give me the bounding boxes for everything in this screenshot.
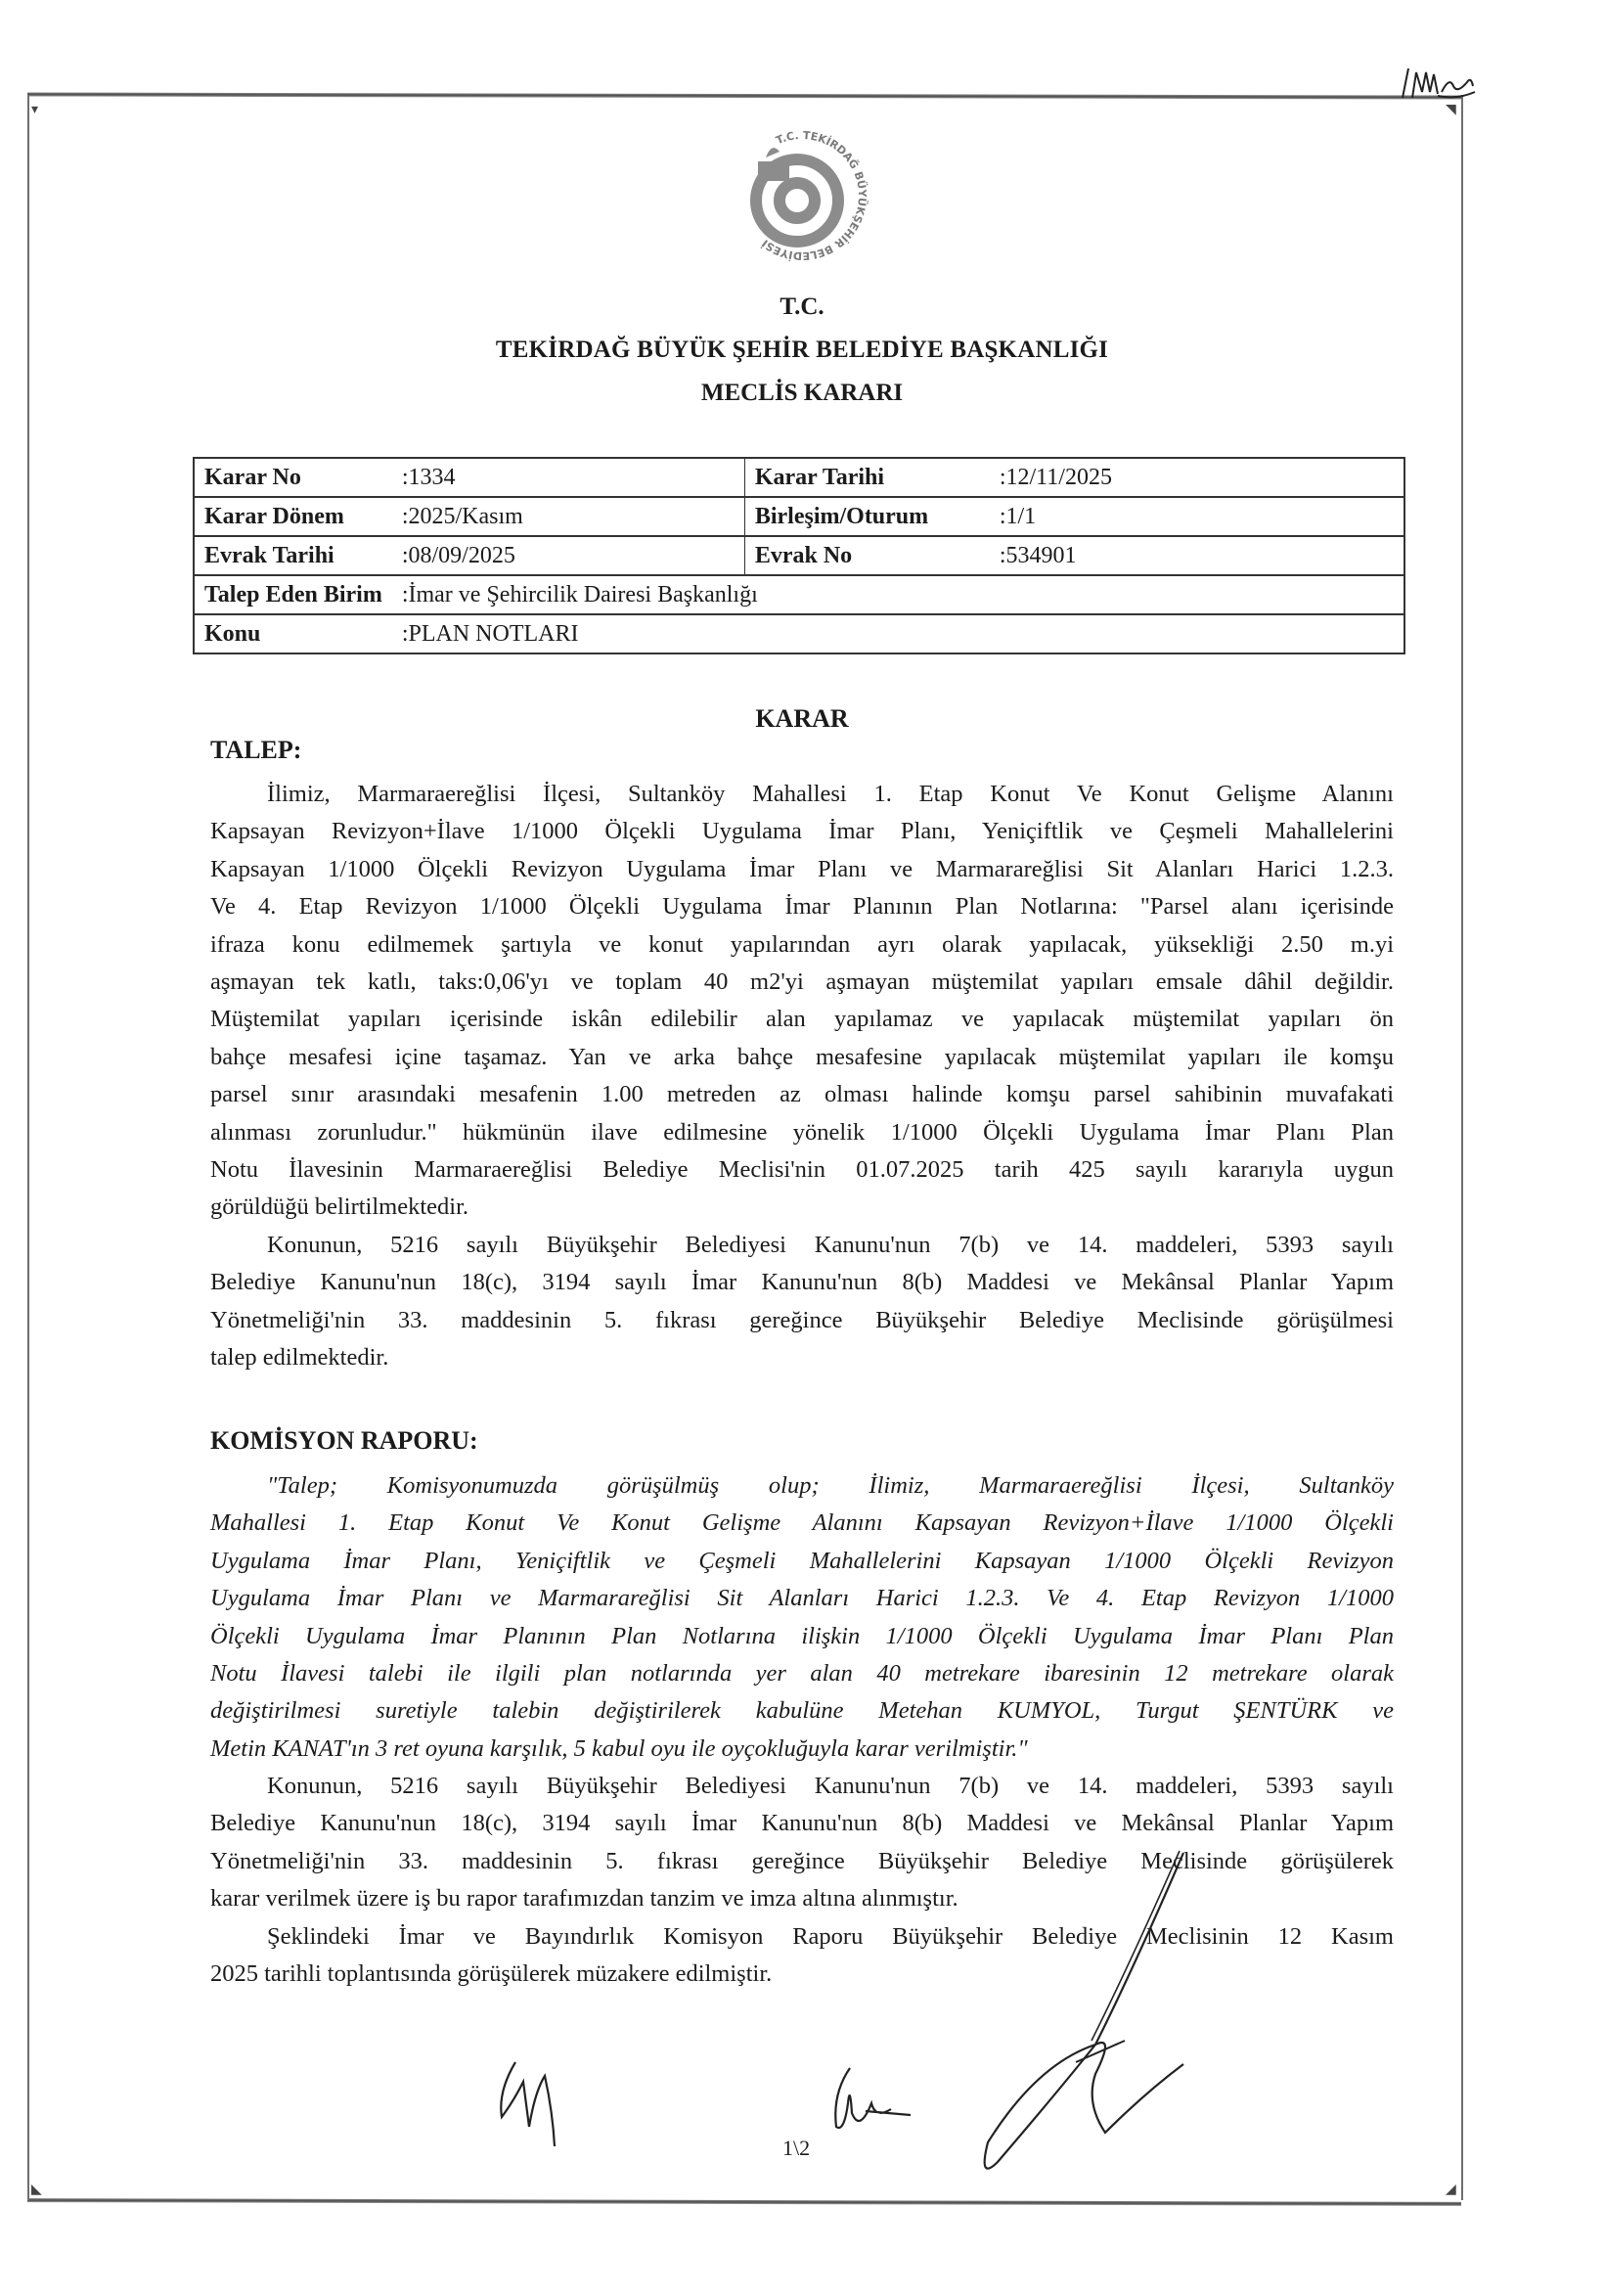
text-line: talep edilmektedir. [210,1339,1394,1376]
text-line: İlimiz, Marmaraereğlisi İlçesi, Sultankö… [210,776,1394,813]
corner-mark-bottom-right: ◢ [1446,2182,1456,2197]
komisyon-paragraph-3: Şeklindeki İmar ve Bayındırlık Komisyon … [210,1918,1394,1994]
karar-donem-label: Karar Dönem [194,497,392,536]
talep-eden-birim-value: :İmar ve Şehircilik Dairesi Başkanlığı [392,575,1404,614]
talep-paragraph-1: İlimiz, Marmaraereğlisi İlçesi, Sultankö… [210,776,1394,1227]
text-line: bahçe mesafesi içine taşamaz. Yan ve ark… [210,1039,1394,1076]
text-line: Uygulama İmar Planı, Yeniçiftlik ve Çeşm… [210,1543,1394,1580]
text-line: Belediye Kanunu'nun 18(c), 3194 sayılı İ… [210,1264,1394,1301]
text-line: Belediye Kanunu'nun 18(c), 3194 sayılı İ… [210,1805,1394,1842]
evrak-tarihi-label: Evrak Tarihi [194,536,392,575]
page-number: 1\2 [782,2136,810,2161]
text-line: Kapsayan Revizyon+İlave 1/1000 Ölçekli U… [210,813,1394,850]
text-line: Müştemilat yapıları içerisinde iskân edi… [210,1001,1394,1038]
signature-2 [826,2064,914,2142]
signature-3 [949,1849,1213,2182]
table-row: Karar Dönem :2025/Kasım Birleşim/Oturum … [194,497,1404,536]
komisyon-paragraph-2: Konunun, 5216 sayılı Büyükşehir Belediye… [210,1768,1394,1918]
evrak-tarihi-value: :08/09/2025 [392,536,745,575]
text-line: görüldüğü belirtilmektedir. [210,1189,1394,1226]
text-line: Ve 4. Etap Revizyon 1/1000 Ölçekli Uygul… [210,888,1394,925]
text-line: Metin KANAT'ın 3 ret oyuna karşılık, 5 k… [210,1731,1394,1768]
text-line: Notu İlavesi talebi ile ilgili plan notl… [210,1655,1394,1692]
karar-no-label: Karar No [194,458,392,497]
komisyon-raporu-heading: KOMİSYON RAPORU: [210,1426,478,1456]
talep-eden-birim-label: Talep Eden Birim [194,575,392,614]
handwritten-initials [1399,63,1477,102]
karar-tarihi-label: Karar Tarihi [744,458,990,497]
text-line: ifraza konu edilmemek şartıyla ve konut … [210,926,1394,964]
text-line: değiştirilmesi suretiyle talebin değişti… [210,1692,1394,1730]
corner-mark-top-right: ◥ [1446,102,1456,117]
municipality-seal-icon: T.C. TEKİRDAĞ BÜYÜKŞEHİR BELEDİYESİ [729,122,875,269]
konu-value: :PLAN NOTLARI [392,614,1404,653]
text-line: Şeklindeki İmar ve Bayındırlık Komisyon … [210,1918,1394,1956]
karar-heading: KARAR [0,704,1604,734]
text-line: Konunun, 5216 sayılı Büyükşehir Belediye… [210,1227,1394,1264]
text-line: Konunun, 5216 sayılı Büyükşehir Belediye… [210,1768,1394,1805]
text-line: Ölçekli Uygulama İmar Planının Plan Notl… [210,1618,1394,1655]
signature-1 [494,2052,582,2150]
table-row: Talep Eden Birim :İmar ve Şehircilik Dai… [194,575,1404,614]
karar-no-value: :1334 [392,458,745,497]
evrak-no-label: Evrak No [744,536,990,575]
decision-metadata-table: Karar No :1334 Karar Tarihi :12/11/2025 … [193,457,1405,654]
text-line: Kapsayan 1/1000 Ölçekli Revizyon Uygulam… [210,851,1394,888]
text-line: karar verilmek üzere iş bu rapor tarafım… [210,1880,1394,1917]
text-line: "Talep; Komisyonumuzda görüşülmüş olup; … [210,1467,1394,1505]
komisyon-paragraph-1: "Talep; Komisyonumuzda görüşülmüş olup; … [210,1467,1394,1768]
talep-paragraph-2: Konunun, 5216 sayılı Büyükşehir Belediye… [210,1227,1394,1377]
text-line: Yönetmeliği'nin 33. maddesinin 5. fıkras… [210,1843,1394,1880]
talep-heading: TALEP: [210,736,301,765]
text-line: parsel sınır arasındaki mesafenin 1.00 m… [210,1076,1394,1113]
evrak-no-value: :534901 [990,536,1404,575]
corner-mark-top-left: ▾ [31,102,38,117]
corner-mark-bottom-left: ◣ [31,2182,42,2197]
header-document-type: MECLİS KARARI [0,380,1604,407]
karar-donem-value: :2025/Kasım [392,497,745,536]
text-line: Mahallesi 1. Etap Konut Ve Konut Gelişme… [210,1505,1394,1542]
text-line: Yönetmeliği'nin 33. maddesinin 5. fıkras… [210,1302,1394,1339]
text-line: 2025 tarihli toplantısında görüşülerek m… [210,1956,1394,1993]
header-organization: TEKİRDAĞ BÜYÜK ŞEHİR BELEDİYE BAŞKANLIĞI [0,337,1604,364]
text-line: alınması zorunludur." hükmünün ilave edi… [210,1114,1394,1151]
text-line: aşmayan tek katlı, taks:0,06'yı ve topla… [210,964,1394,1001]
text-line: Notu İlavesinin Marmaraereğlisi Belediye… [210,1151,1394,1189]
table-row: Evrak Tarihi :08/09/2025 Evrak No :53490… [194,536,1404,575]
table-row: Konu :PLAN NOTLARI [194,614,1404,653]
text-line: Uygulama İmar Planı ve Marmarareğlisi Si… [210,1580,1394,1617]
header-tc: T.C. [0,293,1604,321]
konu-label: Konu [194,614,392,653]
table-row: Karar No :1334 Karar Tarihi :12/11/2025 [194,458,1404,497]
birlesim-oturum-label: Birleşim/Oturum [744,497,990,536]
birlesim-oturum-value: :1/1 [990,497,1404,536]
karar-tarihi-value: :12/11/2025 [990,458,1404,497]
